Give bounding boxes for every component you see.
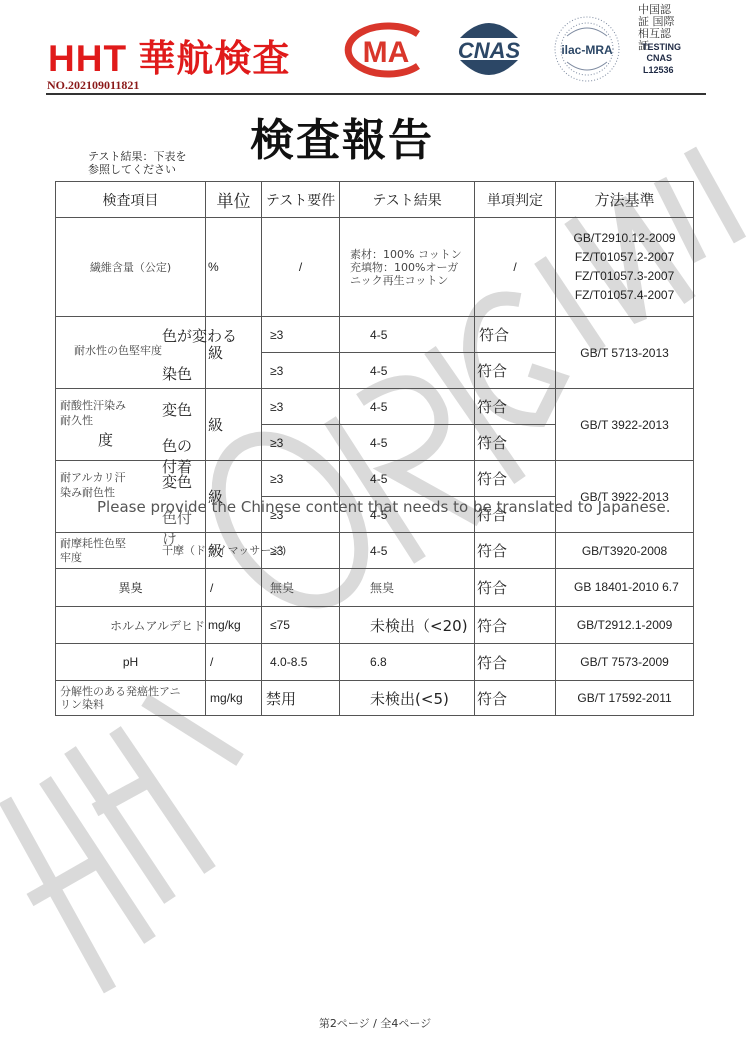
sub-label: 変色 — [162, 471, 192, 492]
result-note: テスト結果：下表を 参照してください — [88, 150, 187, 176]
cell-result: 素材：100% コットン 充填物：100%オーガニック再生コットン — [340, 218, 475, 317]
item-label: 耐久性 — [60, 414, 93, 427]
cell-requirement: ≥3 — [262, 389, 340, 425]
cell-item: 分解性のある発癌性アニリン染料 — [56, 681, 206, 716]
cell-item: 色が変わる 耐水性の色堅牢度 染色 — [56, 317, 206, 389]
cnas-logo-icon: CNAS — [448, 14, 530, 84]
cell-judgement: 符合 — [475, 644, 556, 681]
cell-unit: 級 — [206, 461, 262, 533]
page-indicator: 第2ページ / 全4ページ — [0, 1015, 750, 1031]
cell-item: ホルムアルデヒド — [56, 607, 206, 644]
header-standard: 方法基準 — [556, 182, 694, 218]
cell-requirement: ≥3 — [262, 317, 340, 353]
item-label: 耐酸性汗染み — [60, 399, 126, 412]
cell-judgement: 符合 — [475, 533, 556, 569]
cell-standard: GB/T 5713-2013 — [556, 317, 694, 389]
note-line: テスト結果：下表を — [88, 150, 187, 163]
cell-requirement: 4.0-8.5 — [262, 644, 340, 681]
cell-judgement: 符合 — [475, 681, 556, 716]
cell-requirement: 無臭 — [262, 569, 340, 607]
cell-result: 4-5 — [340, 389, 475, 425]
cell-standard: GB/T2912.1-2009 — [556, 607, 694, 644]
cell-standard: GB/T 7573-2009 — [556, 644, 694, 681]
cert-cnas: CNAS — [644, 52, 675, 64]
certification-block: 中国認 証 国際 相互認 証 TESTING CNAS L12536 — [638, 4, 675, 76]
cell-item: pH — [56, 644, 206, 681]
table-row-ph: pH / 4.0-8.5 6.8 符合 GB/T 7573-2009 — [56, 644, 694, 681]
cell-result: 6.8 — [340, 644, 475, 681]
cell-result: 4-5 — [340, 461, 475, 497]
cell-standard: GB/T 3922-2013 — [556, 389, 694, 461]
cell-item: 耐アルカリ汗 変色 染み耐色性 色付け — [56, 461, 206, 533]
item-label: 牢度 — [60, 551, 82, 564]
cell-requirement: 禁用 — [262, 681, 340, 716]
svg-text:MA: MA — [363, 36, 410, 69]
cell-result: 4-5 — [340, 533, 475, 569]
item-label: 耐アルカリ汗 — [60, 471, 126, 484]
cell-unit: mg/kg — [206, 607, 262, 644]
sub-label: 色が変わる — [162, 325, 237, 346]
cell-requirement: ≥3 — [262, 353, 340, 389]
standard-line: FZ/T01057.4-2007 — [556, 286, 693, 305]
cell-judgement: 符合 — [475, 569, 556, 607]
item-label: 耐摩耗性色堅 — [60, 537, 126, 550]
table-row-rubbing-fastness: 耐摩耗性色堅 牢度 干摩（ドライマッサージ) 級 ≥3 4-5 符合 GB/T3… — [56, 533, 694, 569]
brand-name: HHT 華航検査 — [48, 28, 290, 82]
header-requirement: テスト要件 — [262, 182, 340, 218]
table-row-water-fastness: 色が変わる 耐水性の色堅牢度 染色 級 ≥3 4-5 符合 GB/T 5713-… — [56, 317, 694, 353]
cell-judgement: 符合 — [475, 389, 556, 425]
cell-result: 無臭 — [340, 569, 475, 607]
cell-judgement: 符合 — [475, 607, 556, 644]
cell-judgement: 符合 — [475, 353, 556, 389]
cell-judgement: 符合 — [475, 461, 556, 497]
svg-text:CNAS: CNAS — [458, 38, 521, 63]
cert-testing: TESTING — [642, 41, 681, 53]
cell-item: 異臭 — [56, 569, 206, 607]
brand-cjk: 華航検査 — [138, 37, 290, 80]
header-judgement: 単項判定 — [475, 182, 556, 218]
sub-label: 染色 — [162, 363, 192, 384]
cell-result: 4-5 — [340, 317, 475, 353]
table-row-odor: 異臭 / 無臭 無臭 符合 GB 18401-2010 6.7 — [56, 569, 694, 607]
table-row-alkali-sweat: 耐アルカリ汗 変色 染み耐色性 色付け 級 ≥3 4-5 符合 GB/T 392… — [56, 461, 694, 497]
cell-standard: GB/T3920-2008 — [556, 533, 694, 569]
cma-logo-icon: MA — [338, 20, 430, 80]
cell-requirement: / — [262, 218, 340, 317]
cell-item: 繊維含量（公定) — [56, 218, 206, 317]
cell-requirement: ≥3 — [262, 425, 340, 461]
standard-line: FZ/T01057.3-2007 — [556, 267, 693, 286]
cell-judgement: / — [475, 218, 556, 317]
cell-unit: % — [206, 218, 262, 317]
cell-requirement: ≤75 — [262, 607, 340, 644]
note-line: 参照してください — [88, 163, 187, 176]
item-label: 度 — [98, 429, 113, 450]
cell-result: 4-5 — [340, 425, 475, 461]
table-header-row: 検査項目 単位 テスト要件 テスト結果 単項判定 方法基準 — [56, 182, 694, 218]
cell-standard: GB/T 17592-2011 — [556, 681, 694, 716]
cell-judgement: 符合 — [475, 425, 556, 461]
cell-unit: / — [206, 569, 262, 607]
cell-result: 未検出(<5) — [340, 681, 475, 716]
cell-standard: GB/T 3922-2013 — [556, 461, 694, 533]
cell-standard: GB 18401-2010 6.7 — [556, 569, 694, 607]
inspection-table: 検査項目 単位 テスト要件 テスト結果 単項判定 方法基準 繊維含量（公定) %… — [55, 181, 694, 716]
standard-line: FZ/T01057.2-2007 — [556, 248, 693, 267]
cell-item: 耐摩耗性色堅 牢度 干摩（ドライマッサージ) — [56, 533, 206, 569]
cell-item: 耐酸性汗染み 変色 耐久性 度 色の付着 — [56, 389, 206, 461]
header-result: テスト結果 — [340, 182, 475, 218]
cell-unit: mg/kg — [206, 681, 262, 716]
overlay-translation-prompt: Please provide the Chinese content that … — [97, 498, 671, 516]
cell-judgement: 符合 — [475, 317, 556, 353]
table-row-formaldehyde: ホルムアルデヒド mg/kg ≤75 未検出（<20) 符合 GB/T2912.… — [56, 607, 694, 644]
table-row-acid-sweat: 耐酸性汗染み 変色 耐久性 度 色の付着 級 ≥3 4-5 符合 GB/T 39… — [56, 389, 694, 425]
cell-standards: GB/T2910.12-2009 FZ/T01057.2-2007 FZ/T01… — [556, 218, 694, 317]
ilac-mra-logo-icon: ilac-MRA — [552, 14, 622, 84]
document-title: 検査報告 — [250, 104, 434, 168]
header-item: 検査項目 — [56, 182, 206, 218]
sub-label: 干摩（ドライマッサージ) — [162, 544, 286, 557]
header-divider — [46, 93, 706, 95]
table-row-aromatic-amine: 分解性のある発癌性アニリン染料 mg/kg 禁用 未検出(<5) 符合 GB/T… — [56, 681, 694, 716]
item-label: 耐水性の色堅牢度 — [74, 344, 162, 357]
report-number: NO.202109011821 — [47, 78, 139, 93]
cert-lab-number: L12536 — [642, 64, 675, 76]
cell-unit: 級 — [206, 389, 262, 461]
cell-unit: / — [206, 644, 262, 681]
svg-text:ilac-MRA: ilac-MRA — [561, 43, 613, 57]
header-unit: 単位 — [206, 182, 262, 218]
sub-label: 変色 — [162, 399, 192, 420]
brand-latin: HHT — [48, 38, 127, 79]
table-row-fiber: 繊維含量（公定) % / 素材：100% コットン 充填物：100%オーガニック… — [56, 218, 694, 317]
cell-result: 未検出（<20) — [340, 607, 475, 644]
standard-line: GB/T2910.12-2009 — [556, 229, 693, 248]
cell-requirement: ≥3 — [262, 461, 340, 497]
cell-result: 4-5 — [340, 353, 475, 389]
